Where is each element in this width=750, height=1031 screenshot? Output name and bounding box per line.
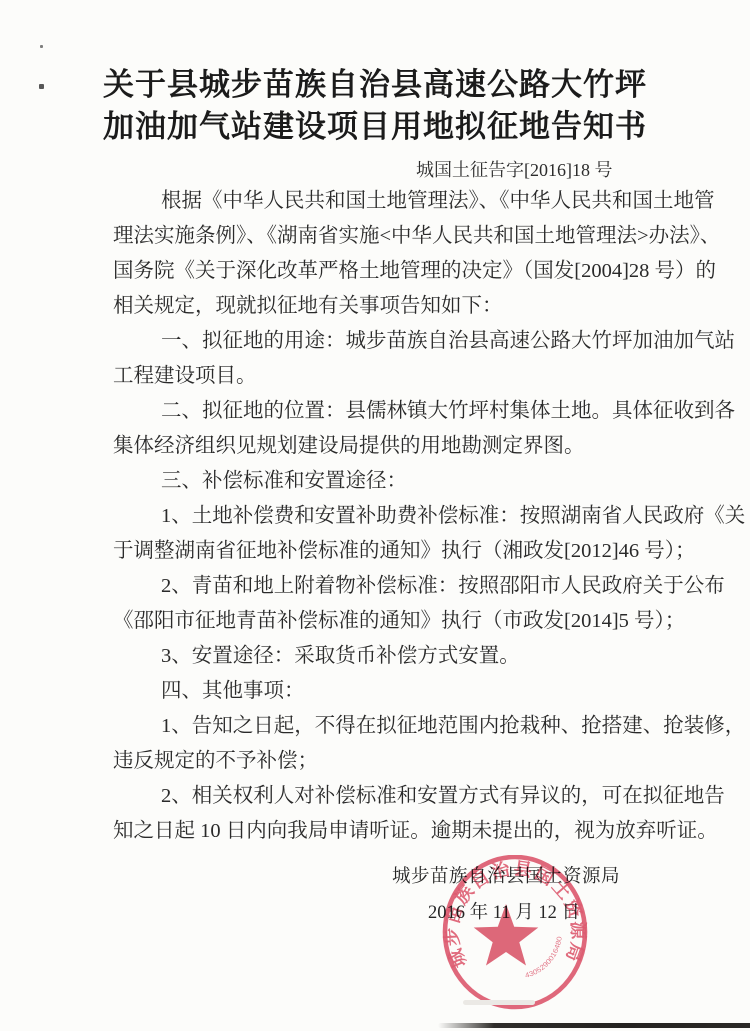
body-line: 二、拟征地的位置：县儒林镇大竹坪村集体土地。具体征收到各 <box>113 394 693 429</box>
body-line: 工程建设项目。 <box>113 359 693 394</box>
body-line: 集体经济组织见规划建设局提供的用地勘测定界图。 <box>113 429 693 464</box>
body-line: 知之日起 10 日内向我局申请听证。逾期未提出的，视为放弃听证。 <box>113 814 693 849</box>
body-line: 根据《中华人民共和国土地管理法》、《中华人民共和国土地管 <box>113 184 693 219</box>
body-line: 2、相关权利人对补偿标准和安置方式有异议的，可在拟征地告 <box>113 779 693 814</box>
body-line: 1、土地补偿费和安置补助费补偿标准：按照湖南省人民政府《关 <box>113 499 693 534</box>
scan-artifact-smudge <box>463 1000 535 1005</box>
document-title-line2: 加油加气站建设项目用地拟征地告知书 <box>0 106 750 148</box>
scan-artifact-dot <box>40 45 43 48</box>
document-body: 根据《中华人民共和国土地管理法》、《中华人民共和国土地管 理法实施条例》、《湖南… <box>113 184 693 849</box>
body-line: 四、其他事项： <box>113 674 693 709</box>
svg-text:4305290016480: 4305290016480 <box>524 936 563 980</box>
body-line: 于调整湖南省征地补偿标准的通知》执行（湘政发[2012]46 号）； <box>113 534 693 569</box>
body-line: 相关规定，现就拟征地有关事项告知如下： <box>113 289 693 324</box>
body-line: 理法实施条例》、《湖南省实施<中华人民共和国土地管理法>办法》、 <box>113 219 693 254</box>
document-title: 关于县城步苗族自治县高速公路大竹坪 加油加气站建设项目用地拟征地告知书 <box>0 64 750 148</box>
body-line: 3、安置途径：采取货币补偿方式安置。 <box>113 639 693 674</box>
body-line: 三、补偿标准和安置途径： <box>113 464 693 499</box>
seal-serial-number: 4305290016480 <box>524 936 563 980</box>
official-seal: 城步苗族自治县国土资源局 4305290016480 <box>435 855 600 1015</box>
body-line: 一、拟征地的用途：城步苗族自治县高速公路大竹坪加油加气站 <box>113 324 693 359</box>
scan-edge-shadow <box>438 1023 750 1028</box>
scanned-document-page: 关于县城步苗族自治县高速公路大竹坪 加油加气站建设项目用地拟征地告知书 城国土征… <box>0 0 750 1031</box>
document-number: 城国土征告字[2016]18 号 <box>416 159 613 181</box>
body-line: 国务院《关于深化改革严格土地管理的决定》（国发[2004]28 号）的 <box>113 254 693 289</box>
scan-artifact-dot <box>39 84 44 89</box>
body-line: 违反规定的不予补偿； <box>113 744 693 779</box>
body-line: 2、青苗和地上附着物补偿标准：按照邵阳市人民政府关于公布 <box>113 569 693 604</box>
body-line: 《邵阳市征地青苗补偿标准的通知》执行（市政发[2014]5 号）； <box>113 604 693 639</box>
star-icon <box>474 904 539 966</box>
document-title-line1: 关于县城步苗族自治县高速公路大竹坪 <box>0 64 750 106</box>
body-line: 1、告知之日起，不得在拟征地范围内抢栽种、抢搭建、抢装修， <box>113 709 693 744</box>
